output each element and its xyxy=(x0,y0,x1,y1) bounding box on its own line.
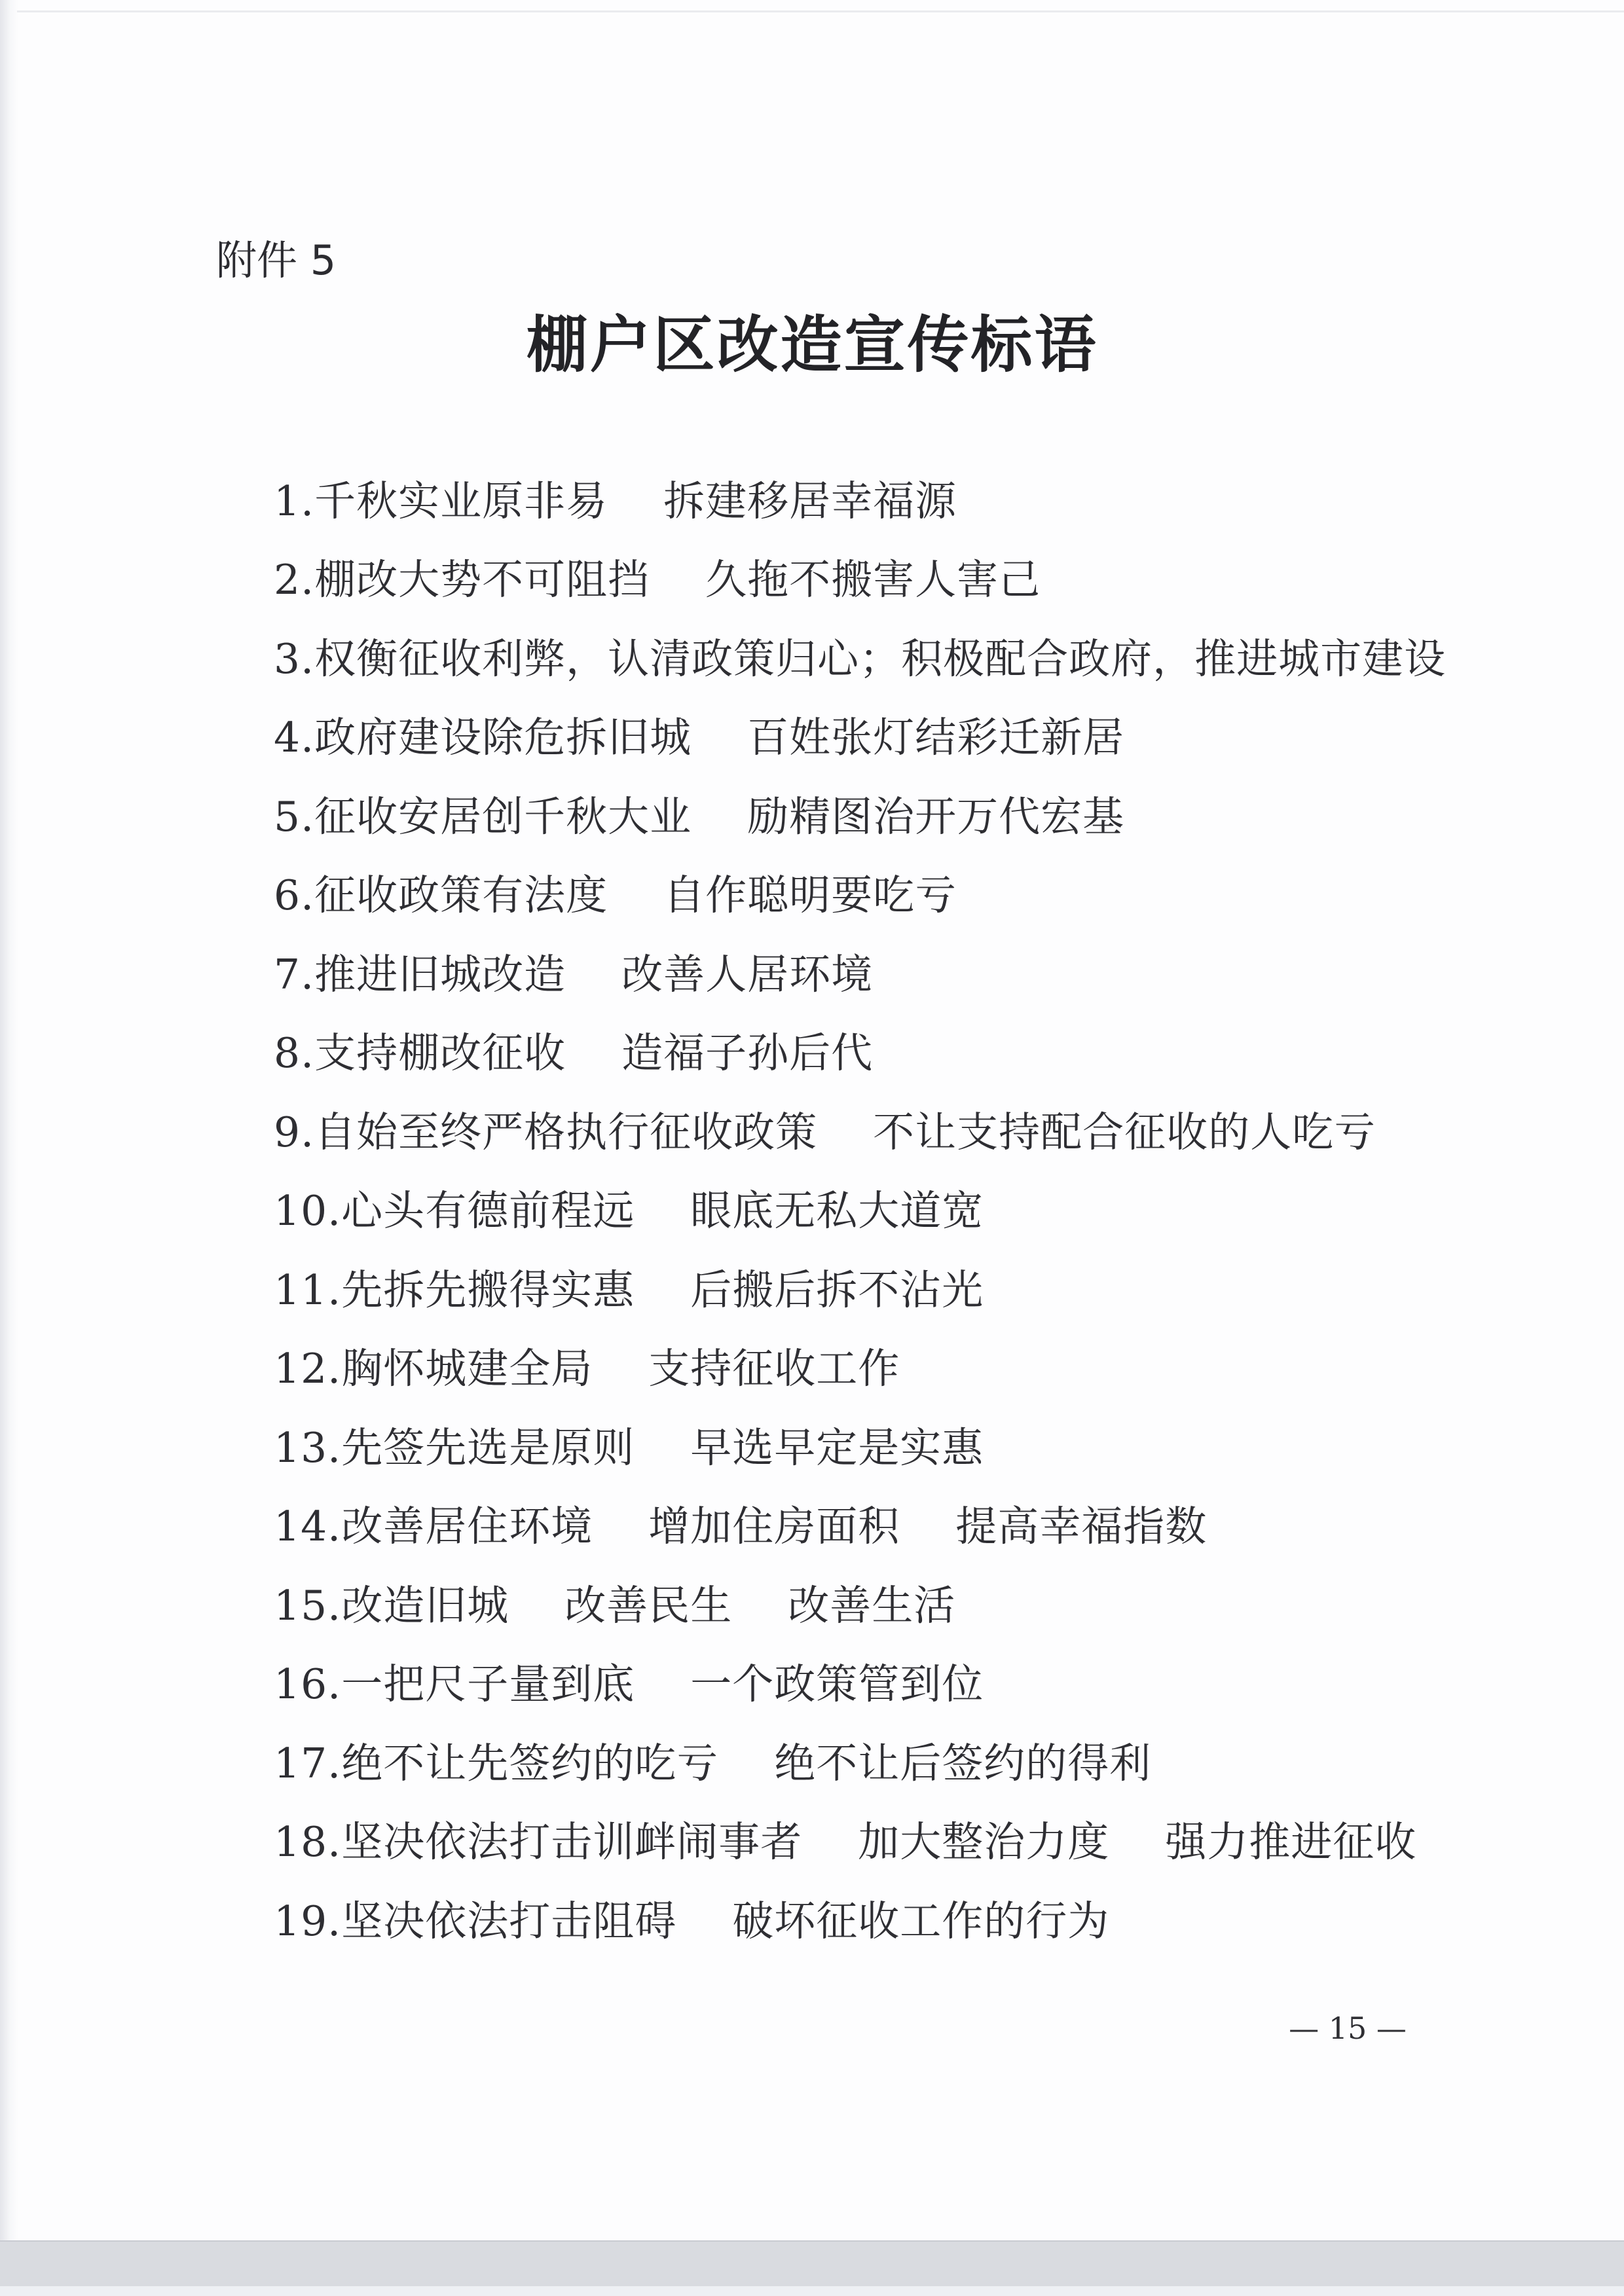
slogan-line: 2.棚改大势不可阻挡 久拖不搬害人害己 xyxy=(274,538,1446,617)
slogan-line: 1.千秋实业原非易 拆建移居幸福源 xyxy=(274,458,1446,538)
slogan-line: 8.支持棚改征收 造福子孙后代 xyxy=(274,1011,1446,1090)
slogan-line: 11.先拆先搬得实惠 后搬后拆不沾光 xyxy=(274,1247,1446,1326)
scanned-document-page: 附件 5 棚户区改造宣传标语 1.千秋实业原非易 拆建移居幸福源 2.棚改大势不… xyxy=(0,0,1624,2296)
slogan-line: 19.坚决依法打击阻碍 破坏征收工作的行为 xyxy=(274,1878,1446,1958)
scan-shadow-bottom xyxy=(0,2242,1624,2286)
slogan-line: 9.自始至终严格执行征收政策 不让支持配合征收的人吃亏 xyxy=(274,1089,1446,1169)
slogan-list: 1.千秋实业原非易 拆建移居幸福源 2.棚改大势不可阻挡 久拖不搬害人害己 3.… xyxy=(274,458,1446,1958)
slogan-line: 17.绝不让先签约的吃亏 绝不让后签约的得利 xyxy=(274,1721,1446,1800)
slogan-line: 14.改善居住环境 增加住房面积 提高幸福指数 xyxy=(274,1484,1446,1563)
slogan-line: 16.一把尺子量到底 一个政策管到位 xyxy=(274,1642,1446,1721)
scan-edge-top xyxy=(17,10,1624,12)
slogan-line: 6.征收政策有法度 自作聪明要吃亏 xyxy=(274,853,1446,932)
slogan-line: 7.推进旧城改造 改善人居环境 xyxy=(274,932,1446,1011)
slogan-line: 10.心头有德前程远 眼底无私大道宽 xyxy=(274,1169,1446,1248)
slogan-line: 12.胸怀城建全局 支持征收工作 xyxy=(274,1326,1446,1406)
slogan-line: 15.改造旧城 改善民生 改善生活 xyxy=(274,1563,1446,1642)
scan-edge-bottom-strip xyxy=(0,2286,1624,2296)
page-number: — 15 — xyxy=(1249,2009,1446,2048)
slogan-line: 4.政府建设除危拆旧城 百姓张灯结彩迁新居 xyxy=(274,695,1446,774)
slogan-line: 5.征收安居创千秋大业 励精图治开万代宏基 xyxy=(274,774,1446,853)
slogan-line: 3.权衡征收利弊，认清政策归心；积极配合政府，推进城市建设 xyxy=(274,616,1446,695)
document-title: 棚户区改造宣传标语 xyxy=(0,306,1624,384)
slogan-line: 13.先签先选是原则 早选早定是实惠 xyxy=(274,1405,1446,1484)
scan-edge-left xyxy=(0,0,18,2242)
attachment-label: 附件 5 xyxy=(216,237,336,284)
slogan-line: 18.坚决依法打击训衅闹事者 加大整治力度 强力推进征收 xyxy=(274,1800,1446,1879)
